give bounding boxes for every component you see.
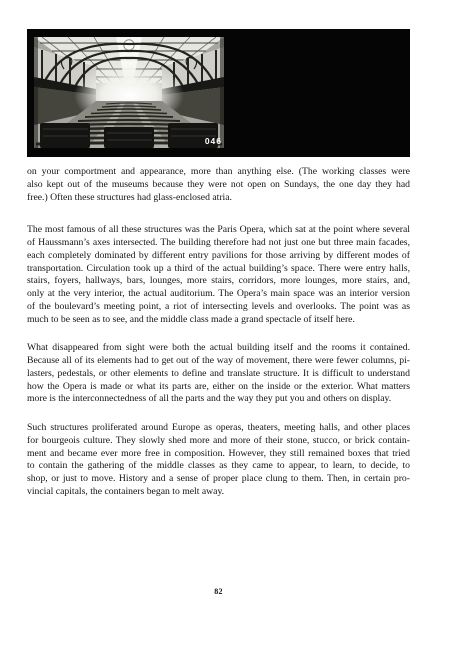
text-line: transportation. Circulation took up a th… (27, 263, 410, 276)
text-line: vincial capitals, the containers began t… (27, 486, 410, 499)
hall-photo: 046 (34, 37, 224, 148)
text-line: lasters, pedestals, or other elements to… (27, 368, 410, 381)
text-line: each completely dominated by different e… (27, 250, 410, 263)
text-line: ment and became ever more free in compos… (27, 448, 410, 461)
figure-banner: 046 (27, 29, 410, 157)
text-line: Because all of its elements had to get o… (27, 355, 410, 368)
text-line: only at the very interior, the actual au… (27, 288, 410, 301)
text-line: how the Opera is made or what its parts … (27, 381, 410, 394)
paragraph: The most famous of all these structures … (27, 224, 410, 326)
body-text: on your comportment and appearance, more… (27, 166, 410, 515)
text-line: The most famous of all these structures … (27, 224, 410, 237)
text-line: Such structures proliferated around Euro… (27, 422, 410, 435)
text-line: of the boulevard’s meeting point, a riot… (27, 301, 410, 314)
paragraph: What disappeared from sight were both th… (27, 342, 410, 406)
text-line: shop, or just to move. History and a sen… (27, 473, 410, 486)
hall-photo-illustration (34, 37, 224, 148)
figure-number-label: 046 (205, 137, 222, 146)
text-line: more is the interconnectedness of all th… (27, 393, 410, 406)
text-line: on your comportment and appearance, more… (27, 166, 410, 179)
text-line: for bourgeois culture. They slowly shed … (27, 435, 410, 448)
page-number: 82 (27, 587, 410, 596)
book-page: 046 on your comportment and appearance, … (0, 0, 454, 652)
paragraph: on your comportment and appearance, more… (27, 166, 410, 204)
paragraph: Such structures proliferated around Euro… (27, 422, 410, 499)
text-line: much to be seen as to see, and the middl… (27, 314, 410, 327)
text-line: to contain the gathering of the middle c… (27, 460, 410, 473)
text-line: What disappeared from sight were both th… (27, 342, 410, 355)
text-line: free.) Often these structures had glass-… (27, 192, 410, 205)
text-line: also kept out of the museums because the… (27, 179, 410, 192)
text-line: of Haussmann’s axes intersected. The bui… (27, 237, 410, 250)
text-line: stairs, foyers, hallways, bars, lounges,… (27, 275, 410, 288)
